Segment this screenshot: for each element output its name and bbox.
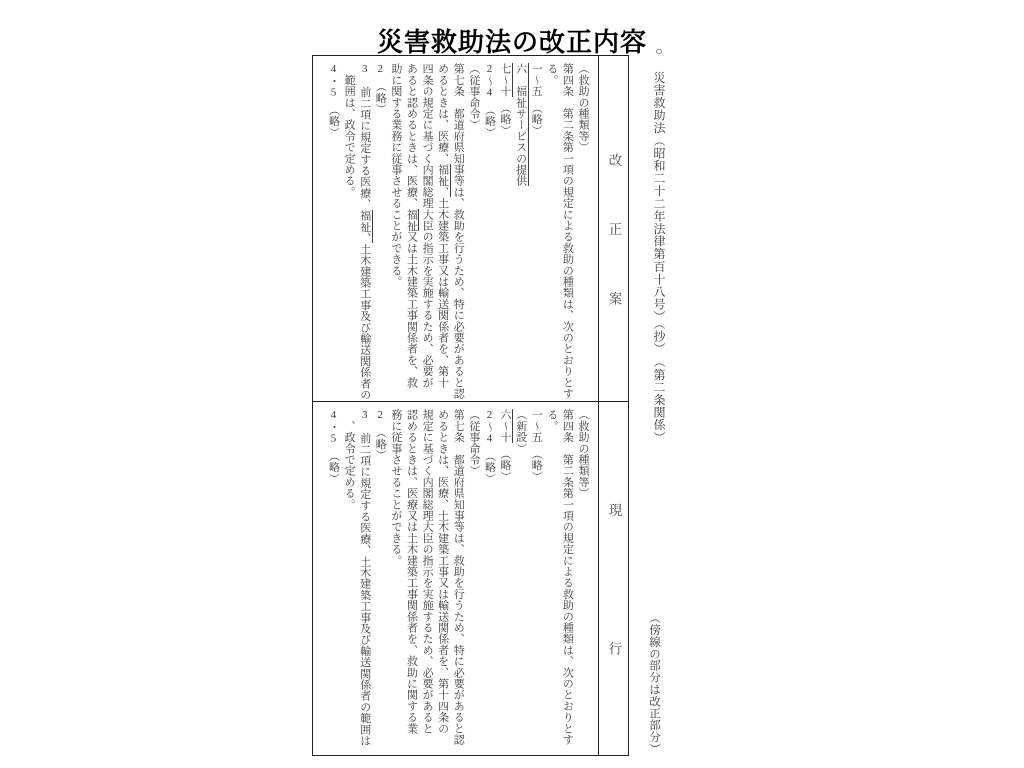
revised-column-label: 改正案 [604, 153, 624, 305]
current-label-cell: 現行 [598, 401, 628, 755]
page: { "title": "災害救助法の改正内容", "law_heading": … [0, 0, 1024, 768]
page-title: 災害救助法の改正内容 [0, 22, 1024, 59]
amendment-legend-note: （傍線の部分は改正部分） [646, 612, 662, 762]
revised-text-cell: （救助の種類等）第四条 第二条第一項の規定による救助の種類は、次のとおりとする。… [313, 56, 598, 401]
revised-label-cell: 改正案 [598, 56, 628, 401]
law-heading: ○ 災害救助法（昭和二十二年法律第百十八号）（抄） （第二条関係） [651, 44, 668, 684]
current-text-cell: （救助の種類等）第四条 第二条第一項の規定による救助の種類は、次のとおりとする。… [313, 401, 598, 755]
current-column-label: 現行 [604, 503, 624, 655]
comparison-table: （救助の種類等）第四条 第二条第一項の規定による救助の種類は、次のとおりとする。… [312, 55, 629, 756]
